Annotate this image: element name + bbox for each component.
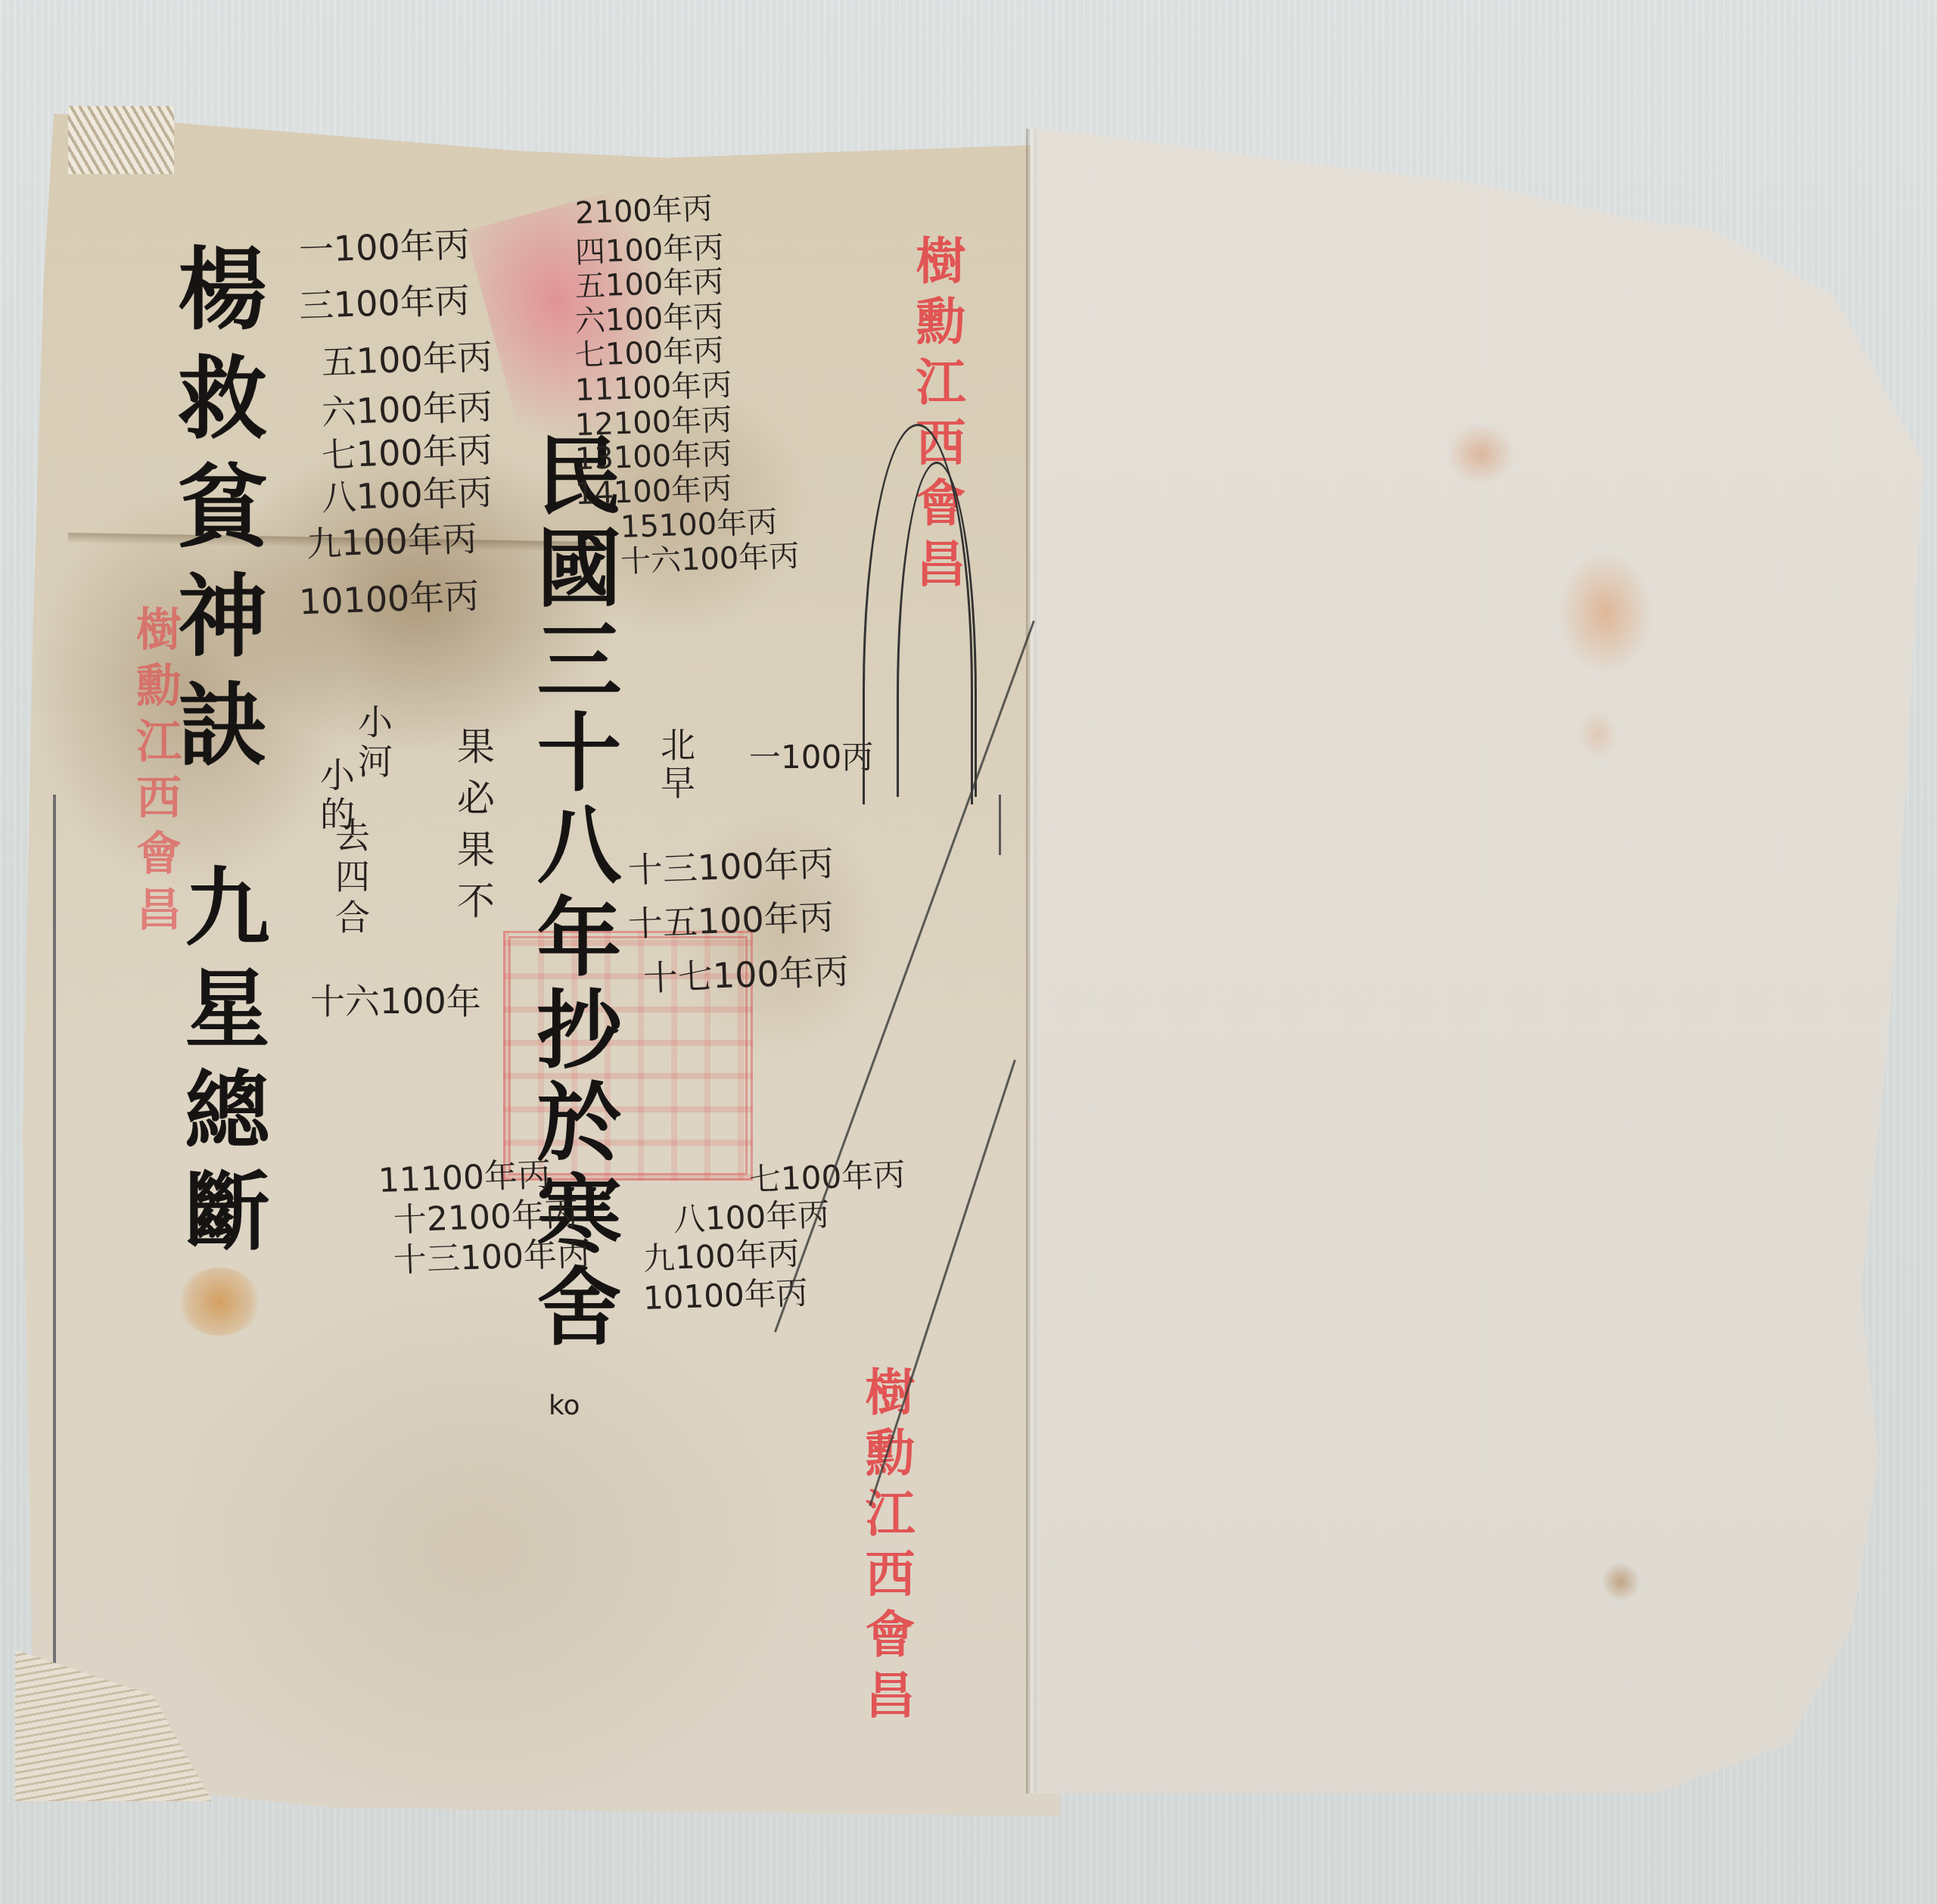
side-note: 果必果不 (454, 726, 492, 932)
note-line: 五100年丙 (321, 337, 493, 382)
notes-bottom-left: 11100年丙 十2100年丙 十三100年丙 (378, 1158, 590, 1277)
notes-column-b: 2100年丙 四100年丙 五100年丙 六100年丙 七100年丙 11100… (575, 193, 799, 577)
side-note: 十六100年 (310, 984, 481, 1019)
notes-bottom-right: 七100年丙 八100年丙 九100年丙 10100年丙 (628, 1158, 905, 1313)
note-line: 十2100年丙 (393, 1194, 591, 1241)
note-line: 11100年丙 (378, 1154, 591, 1202)
note-line: 十三100年丙 (393, 1234, 591, 1281)
note-line: 2100年丙 (574, 189, 800, 232)
note-line: 十五100年丙 (627, 890, 850, 951)
side-note: 北早 (658, 726, 693, 802)
blank-page (1031, 129, 1923, 1794)
page-fold (1026, 129, 1037, 1794)
note-line: 10100年丙 (298, 576, 493, 622)
notes-column-a: 一100年丙 三100年丙 五100年丙 六100年丙 七100年丙 八100年… (299, 227, 493, 619)
note-line: 十七100年丙 (642, 944, 850, 1006)
note-line: 六100年丙 (321, 387, 493, 432)
note-line: 九100年丙 (306, 518, 493, 564)
note-line: 十六100年丙 (620, 540, 800, 580)
owner-stamp-bottom: 樹勳江西會昌 (861, 1366, 911, 1729)
note-line: 八100年丙 (321, 472, 493, 518)
side-note: 去四合 (333, 817, 368, 940)
side-note: 小河 (356, 704, 390, 782)
owner-stamp-left: 樹勳江西會昌 (132, 605, 178, 941)
note-line: 七100年丙 (321, 430, 493, 475)
side-note: 一100丙 (749, 742, 873, 773)
notes-column-c: 十三100年丙 十五100年丙 十七100年丙 (628, 840, 849, 1002)
bottom-mark: ko (549, 1392, 580, 1420)
water-stain (178, 1268, 261, 1336)
book-title: 楊救貧神訣 (170, 242, 260, 787)
note-line: 一100年丙 (298, 224, 493, 270)
note-line: 三100年丙 (298, 280, 493, 326)
binding-thread (53, 795, 56, 1778)
note-line: 十三100年丙 (627, 836, 850, 898)
book-subtitle: 九星總斷 (178, 863, 263, 1268)
pencil-line-mark (999, 795, 1001, 855)
tattered-corner-top (68, 106, 174, 174)
